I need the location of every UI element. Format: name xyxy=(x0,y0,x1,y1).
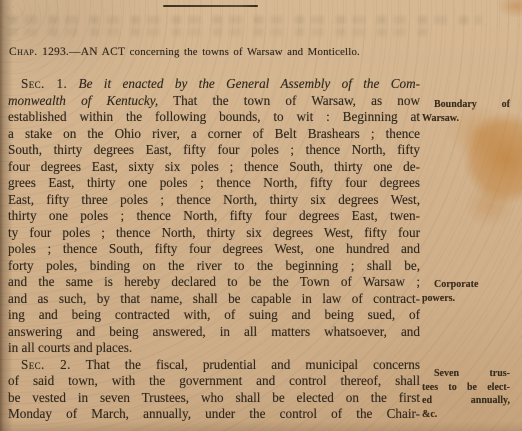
text-segment: established within the following bounds,… xyxy=(8,109,420,124)
text-segment: That the fiscal, prudential and municipa… xyxy=(71,357,420,372)
margin-note-line: Corporate xyxy=(422,278,510,292)
text-line: of said town, with the government and co… xyxy=(8,373,420,390)
text-line: answering and being answered, in all mat… xyxy=(8,324,420,341)
margin-note-line: &c. xyxy=(422,408,510,422)
chapter-heading: Chap. 1293.—AN ACT concerning the towns … xyxy=(9,46,417,59)
text-line: and as such, by that name, shall be capa… xyxy=(8,291,420,308)
text-segment: of said town, with the government and co… xyxy=(8,373,420,388)
text-line: established within the following bounds,… xyxy=(8,109,420,126)
margin-note-corporate: Corporatepowers. xyxy=(422,278,510,305)
text-segment: four degrees East, sixty six poles ; the… xyxy=(8,159,420,174)
text-segment: concerning the towns of Warsaw and Monti… xyxy=(130,46,360,58)
text-line: a stake on the Ohio river, a corner of B… xyxy=(8,126,420,143)
ink-showthrough xyxy=(8,16,482,24)
text-segment: be vested in seven Trustees, who shall b… xyxy=(8,390,420,405)
text-segment: South, thirty degrees East, fifty four p… xyxy=(8,142,420,157)
text-line: ing and being contracted with, of suing … xyxy=(8,307,420,324)
text-line: Sec. 1. Be it enacted by the General Ass… xyxy=(8,76,420,93)
margin-note-line: Seven trus- xyxy=(422,367,510,381)
margin-note-line: ed annually, xyxy=(422,394,510,408)
text-segment: and the same is hereby declared to be th… xyxy=(8,274,420,289)
margin-note-line: powers. xyxy=(422,292,510,306)
margin-note-boundary: Boundary ofWarsaw. xyxy=(422,98,510,125)
text-segment: That the town of Warsaw, as now xyxy=(158,93,420,108)
section-divider-rule xyxy=(163,5,258,7)
text-segment: ing and being contracted with, of suing … xyxy=(8,307,420,322)
margin-note-line: Warsaw. xyxy=(422,112,510,126)
text-segment: Monday of March, annually, under the con… xyxy=(8,406,420,421)
text-segment: forty poles, binding on the river to the… xyxy=(8,258,420,273)
text-segment: a stake on the Ohio river, a corner of B… xyxy=(8,126,420,141)
ink-showthrough xyxy=(8,28,432,36)
text-segment: Chap. xyxy=(9,46,38,58)
margin-note-trustees: Seven trus-tees to be elect-ed annually,… xyxy=(422,367,510,421)
text-segment: poles ; thence South, fifty four degrees… xyxy=(8,241,420,256)
text-segment: 1293.—AN ACT xyxy=(38,46,130,58)
text-line: poles ; thence South, fifty four degrees… xyxy=(8,241,420,258)
text-segment: Sec. 1. xyxy=(21,76,67,91)
text-line: forty poles, binding on the river to the… xyxy=(8,258,420,275)
text-line: four degrees East, sixty six poles ; the… xyxy=(8,159,420,176)
text-line: Sec. 2. That the fiscal, prudential and … xyxy=(8,357,420,374)
margin-note-line: Boundary of xyxy=(422,98,510,112)
text-segment xyxy=(67,76,78,91)
text-segment: Sec. 2. xyxy=(21,357,71,372)
text-line: and the same is hereby declared to be th… xyxy=(8,274,420,291)
text-segment: and as such, by that name, shall be capa… xyxy=(8,291,420,306)
scanned-document-page: Chap. 1293.—AN ACT concerning the towns … xyxy=(0,0,522,431)
text-segment: monwealth of Kentucky, xyxy=(8,93,158,108)
text-line: Monday of March, annually, under the con… xyxy=(8,406,420,423)
text-line: in all courts and places. xyxy=(8,340,420,357)
text-segment: thirty one poles ; thence North, fifty f… xyxy=(8,208,420,223)
text-segment: in all courts and places. xyxy=(8,340,132,355)
text-line: East, fifty three poles ; thence North, … xyxy=(8,192,420,209)
text-segment: East, fifty three poles ; thence North, … xyxy=(8,192,420,207)
body-text: Sec. 1. Be it enacted by the General Ass… xyxy=(8,76,420,423)
text-segment: grees East, thirty one poles ; thence No… xyxy=(8,175,420,190)
text-segment: Be it enacted by the General Assembly of… xyxy=(79,76,420,91)
text-line: be vested in seven Trustees, who shall b… xyxy=(8,390,420,407)
text-line: South, thirty degrees East, fifty four p… xyxy=(8,142,420,159)
text-line: ty four poles ; thence North, thirty six… xyxy=(8,225,420,242)
text-segment: ty four poles ; thence North, thirty six… xyxy=(8,225,420,240)
text-line: monwealth of Kentucky, That the town of … xyxy=(8,93,420,110)
text-segment: answering and being answered, in all mat… xyxy=(8,324,420,339)
text-line: grees East, thirty one poles ; thence No… xyxy=(8,175,420,192)
text-line: thirty one poles ; thence North, fifty f… xyxy=(8,208,420,225)
margin-note-line: tees to be elect- xyxy=(422,381,510,395)
